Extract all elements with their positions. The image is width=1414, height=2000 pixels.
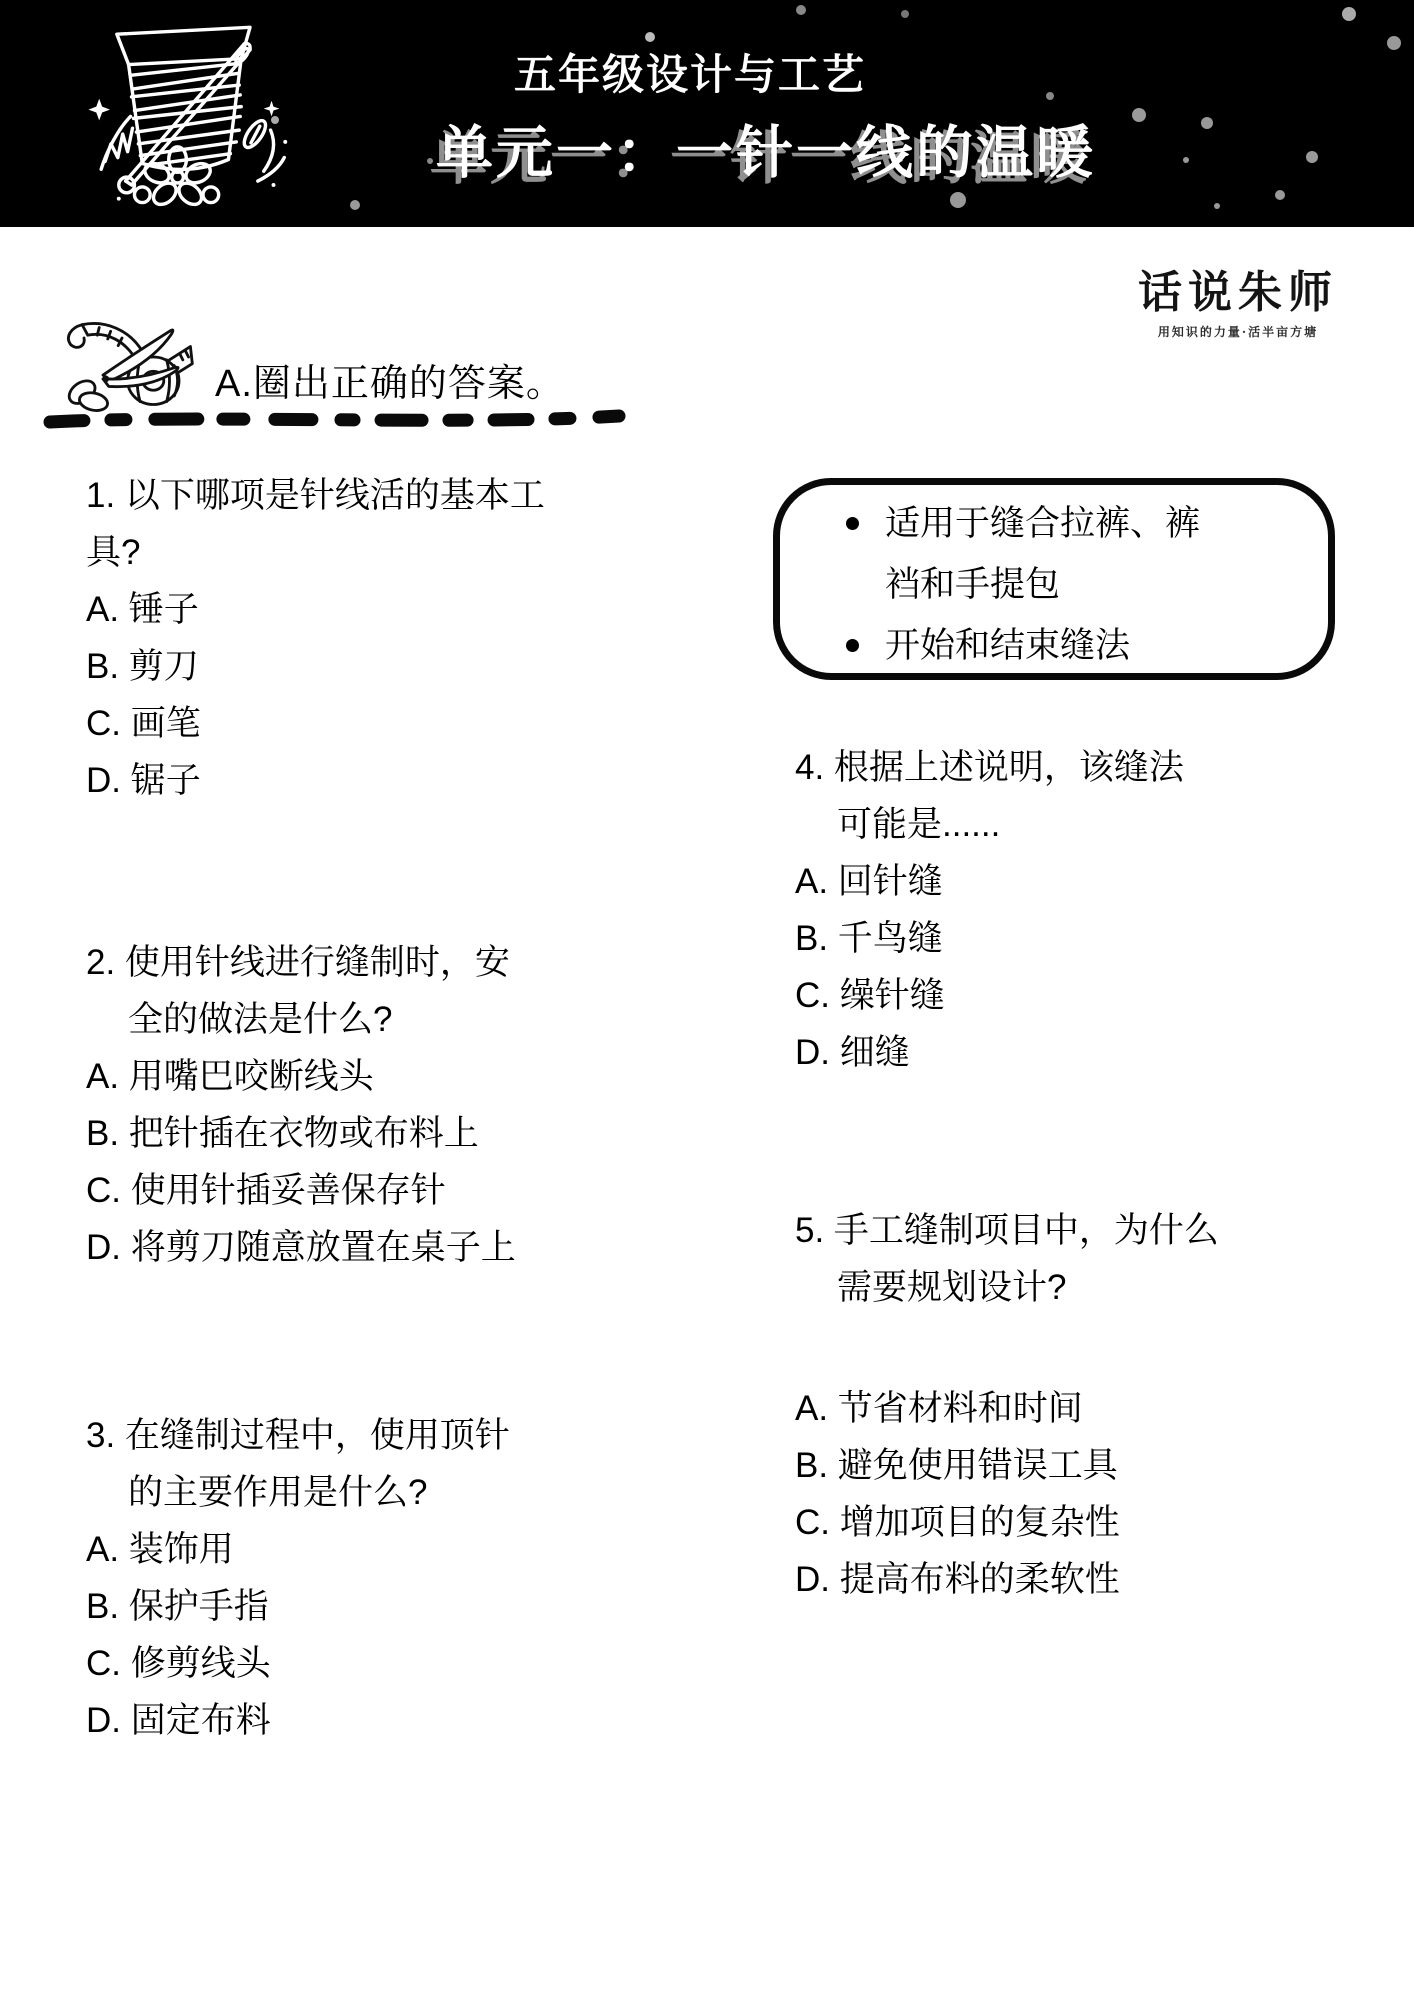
question-2-option-b: B. 把针插在衣物或布料上 — [86, 1105, 686, 1162]
star-dot — [1342, 7, 1356, 21]
question-3-option-b: B. 保护手指 — [86, 1578, 686, 1635]
question-1-option-b: B. 剪刀 — [86, 638, 686, 695]
star-dot — [950, 192, 966, 208]
question-3: 3. 在缝制过程中，使用顶针 的主要作用是什么? A. 装饰用 B. 保护手指 … — [86, 1407, 686, 1749]
question-4-option-c: C. 缲针缝 — [795, 967, 1395, 1024]
star-dot — [1046, 92, 1054, 100]
scissors-tape-icon — [46, 300, 198, 414]
star-dot — [350, 200, 360, 210]
question-1-option-a: A. 锤子 — [86, 581, 686, 638]
dashed-divider — [42, 406, 627, 434]
question-2-line-1: 2. 使用针线进行缝制时，安 — [86, 934, 686, 991]
question-3-option-d: D. 固定布料 — [86, 1692, 686, 1749]
question-1-line-1: 1. 以下哪项是针线活的基本工 — [86, 467, 686, 524]
question-5-option-d: D. 提高布料的柔软性 — [795, 1551, 1395, 1608]
info-bullet-2: 开始和结束缝法 — [846, 615, 1304, 676]
course-title: 五年级设计与工艺 — [380, 52, 1000, 98]
info-bullet-1-text: 适用于缝合拉裤、裤 裆和手提包 — [885, 493, 1200, 615]
question-2-option-d: D. 将剪刀随意放置在桌子上 — [86, 1219, 686, 1276]
question-2-options: A. 用嘴巴咬断线头 B. 把针插在衣物或布料上 C. 使用针插妥善保存针 D.… — [86, 1048, 686, 1276]
question-2-line-2: 全的做法是什么? — [128, 991, 686, 1048]
star-dot — [1201, 117, 1213, 129]
question-1: 1. 以下哪项是针线活的基本工 具? A. 锤子 B. 剪刀 C. 画笔 D. … — [86, 467, 686, 809]
star-dot — [645, 32, 655, 42]
thread-spool-illustration-icon — [62, 8, 297, 218]
star-dot — [1306, 151, 1318, 163]
bullet-icon — [846, 517, 859, 530]
question-1-line-2: 具? — [86, 524, 686, 581]
header-banner: 五年级设计与工艺 单元一：一针一线的温暖 — [0, 0, 1414, 227]
question-5-option-a: A. 节省材料和时间 — [795, 1380, 1395, 1437]
star-dot — [901, 10, 909, 18]
question-5-line-1: 5. 手工缝制项目中，为什么 — [795, 1202, 1395, 1259]
star-dot — [1275, 190, 1285, 200]
question-5-options: A. 节省材料和时间 B. 避免使用错误工具 C. 增加项目的复杂性 D. 提高… — [795, 1380, 1395, 1608]
star-dot — [1387, 36, 1401, 50]
question-3-options: A. 装饰用 B. 保护手指 C. 修剪线头 D. 固定布料 — [86, 1521, 686, 1749]
question-2-option-c: C. 使用针插妥善保存针 — [86, 1162, 686, 1219]
star-dot — [796, 5, 806, 15]
info-bullet-1: 适用于缝合拉裤、裤 裆和手提包 — [846, 493, 1304, 615]
question-4-option-a: A. 回针缝 — [795, 853, 1395, 910]
question-5-line-2: 需要规划设计? — [837, 1259, 1395, 1316]
question-5-option-c: C. 增加项目的复杂性 — [795, 1494, 1395, 1551]
star-dot — [1183, 157, 1189, 163]
stitch-info-box: 适用于缝合拉裤、裤 裆和手提包 开始和结束缝法 — [773, 478, 1335, 680]
question-2: 2. 使用针线进行缝制时，安 全的做法是什么? A. 用嘴巴咬断线头 B. 把针… — [86, 934, 686, 1276]
question-4-line-1: 4. 根据上述说明，该缝法 — [795, 739, 1395, 796]
question-5-option-b: B. 避免使用错误工具 — [795, 1437, 1395, 1494]
question-3-line-2: 的主要作用是什么? — [128, 1464, 686, 1521]
question-3-option-a: A. 装饰用 — [86, 1521, 686, 1578]
question-3-line-1: 3. 在缝制过程中，使用顶针 — [86, 1407, 686, 1464]
question-1-option-d: D. 锯子 — [86, 752, 686, 809]
brand-tagline: 用知识的力量·活半亩方塘 — [1118, 323, 1358, 340]
section-a-instruction: A.圈出正确的答案。 — [215, 352, 565, 407]
question-1-option-c: C. 画笔 — [86, 695, 686, 752]
question-4-option-b: B. 千鸟缝 — [795, 910, 1395, 967]
info-bullet-2-text: 开始和结束缝法 — [885, 615, 1130, 676]
unit-title: 单元一：一针一线的温暖 — [380, 124, 1152, 184]
bullet-icon — [846, 639, 859, 652]
question-3-option-c: C. 修剪线头 — [86, 1635, 686, 1692]
brand-name: 话说朱师 — [1118, 256, 1358, 320]
question-4: 4. 根据上述说明，该缝法 可能是...... A. 回针缝 B. 千鸟缝 C.… — [795, 739, 1395, 1081]
question-4-options: A. 回针缝 B. 千鸟缝 C. 缲针缝 D. 细缝 — [795, 853, 1395, 1081]
question-2-option-a: A. 用嘴巴咬断线头 — [86, 1048, 686, 1105]
star-dot — [1132, 108, 1146, 122]
worksheet-page: 五年级设计与工艺 单元一：一针一线的温暖 话说朱师 用知识的力量·活半亩方塘 — [0, 0, 1414, 2000]
question-5: 5. 手工缝制项目中，为什么 需要规划设计? A. 节省材料和时间 B. 避免使… — [795, 1202, 1395, 1608]
star-dot — [1214, 203, 1220, 209]
star-dot — [271, 116, 279, 124]
star-dot — [427, 158, 433, 164]
question-1-options: A. 锤子 B. 剪刀 C. 画笔 D. 锯子 — [86, 581, 686, 809]
brand-logo: 话说朱师 用知识的力量·活半亩方塘 — [1118, 256, 1358, 340]
question-4-line-2: 可能是...... — [837, 796, 1395, 853]
question-4-option-d: D. 细缝 — [795, 1024, 1395, 1081]
